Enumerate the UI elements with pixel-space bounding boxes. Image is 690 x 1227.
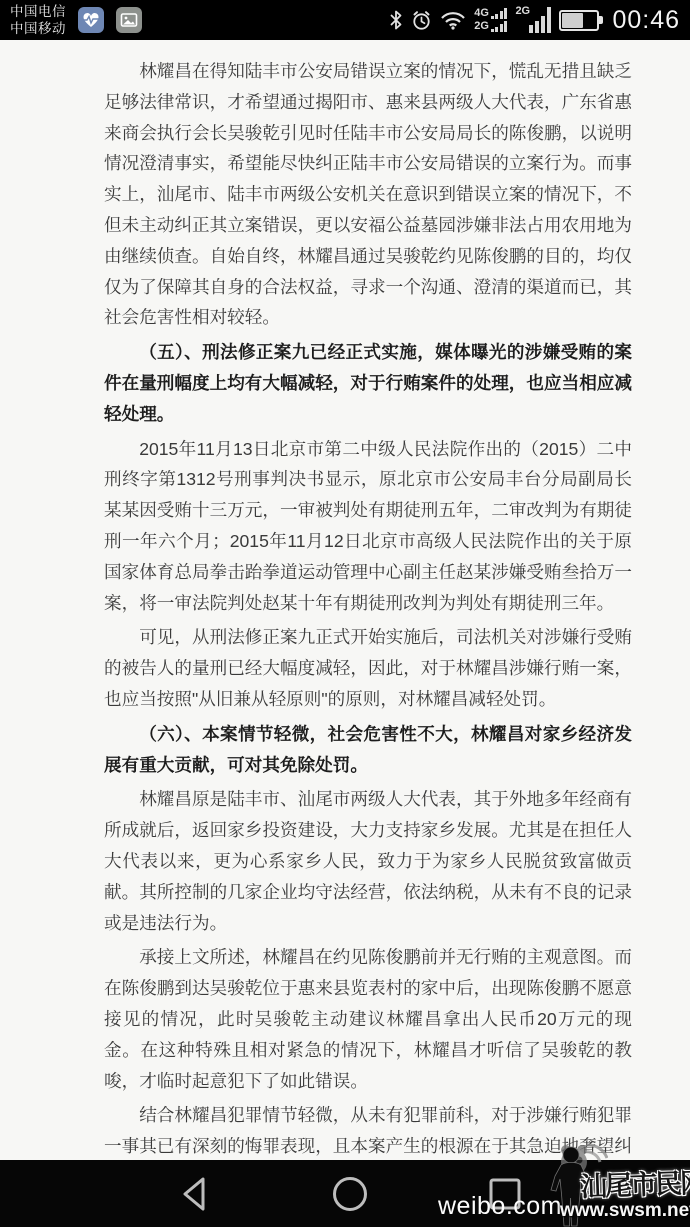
- alarm-clock-icon: [411, 10, 432, 31]
- back-button[interactable]: [176, 1174, 212, 1214]
- health-app-notification-icon: [78, 7, 104, 33]
- battery-fill: [562, 13, 582, 28]
- battery-icon: [559, 10, 599, 31]
- section-heading: （六）、本案情节轻微，社会危害性不大，林耀昌对家乡经济发展有重大贡献，可对其免除…: [104, 719, 632, 781]
- status-bar-clock: 00:46: [612, 6, 680, 35]
- paragraph: 2015年11月13日北京市第二中级人民法院作出的（2015）二中刑终字第131…: [104, 434, 632, 619]
- sim2-signal-icon: 2G: [515, 4, 551, 36]
- paragraph: 承接上文所述，林耀昌在约见陈俊鹏前并无行贿的主观意图。而在陈俊鹏到达吴骏乾位于惠…: [104, 942, 632, 1096]
- status-bar: 中国电信 中国移动: [0, 0, 690, 40]
- phone-screen: 中国电信 中国移动: [0, 0, 690, 1227]
- battery-nub: [599, 16, 603, 24]
- carrier-telecom-label: 中国电信: [10, 3, 66, 20]
- sim1-network-type2-label: 2G: [474, 21, 489, 32]
- document-body[interactable]: 林耀昌在得知陆丰市公安局错误立案的情况下，慌乱无措且缺乏足够法律常识，才希望通过…: [0, 40, 690, 1227]
- site-name-watermark: 汕尾市民网: [579, 1161, 690, 1204]
- site-url-watermark: www.swsm.net: [560, 1200, 690, 1222]
- sim1-network-type-label: 4G: [474, 8, 489, 19]
- paragraph: 林耀昌原是陆丰市、汕尾市两级人大代表，其于外地多年经商有所成就后，返回家乡投资建…: [104, 784, 632, 938]
- paragraph: 可见，从刑法修正案九正式开始实施后，司法机关对涉嫌行受贿的被告人的量刑已经大幅度…: [104, 622, 632, 714]
- home-circle-icon: [330, 1174, 370, 1214]
- carrier-labels: 中国电信 中国移动: [10, 3, 66, 37]
- wifi-icon: [440, 11, 466, 30]
- paragraph: 林耀昌在得知陆丰市公安局错误立案的情况下，慌乱无措且缺乏足够法律常识，才希望通过…: [104, 56, 632, 333]
- screenshot-notification-icon: [116, 7, 142, 33]
- weibo-watermark: weibo.com: [438, 1192, 562, 1221]
- sim1-signal-icon: 4G 2G: [474, 8, 507, 32]
- carrier-mobile-label: 中国移动: [10, 20, 66, 37]
- bluetooth-icon: [389, 9, 403, 31]
- section-heading: （五）、刑法修正案九已经正式实施，媒体曝光的涉嫌受贿的案件在量刑幅度上均有大幅减…: [104, 337, 632, 429]
- status-icons-group: 4G 2G 2G 00:46: [389, 4, 680, 36]
- home-button[interactable]: [330, 1174, 370, 1214]
- back-triangle-icon: [176, 1174, 212, 1214]
- sim2-network-type-label: 2G: [515, 6, 530, 17]
